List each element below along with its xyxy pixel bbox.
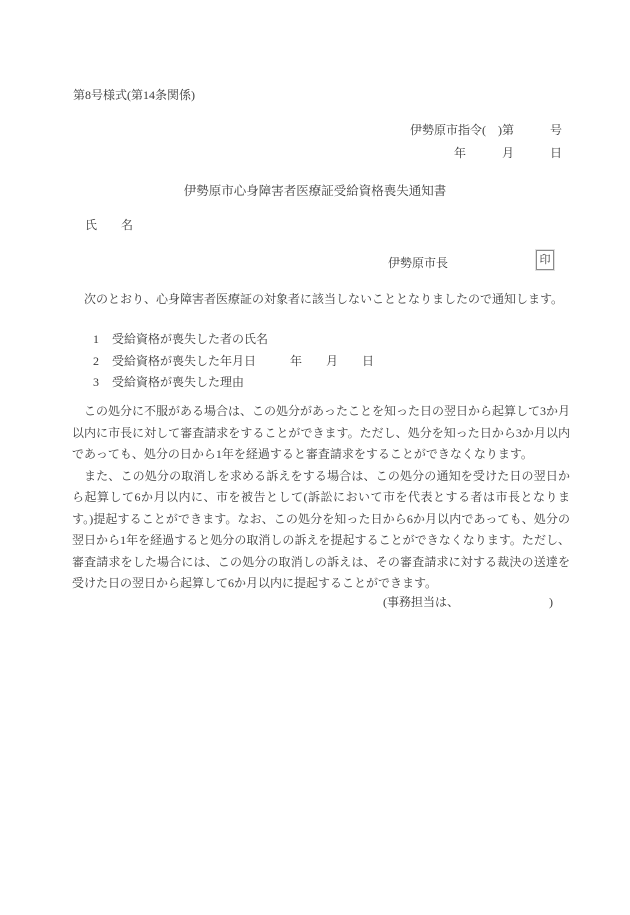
seal-placeholder: 印 <box>536 250 554 270</box>
intro-paragraph: 次のとおり、心身障害者医療証の対象者に該当しないこととなりましたので通知します。 <box>72 289 572 310</box>
document-title: 伊勢原市心身障害者医療証受給資格喪失通知書 <box>0 181 630 199</box>
document-page: 第8号様式(第14条関係) 伊勢原市指令( )第 号 年 月 日 伊勢原市心身障… <box>0 0 630 915</box>
item-text: 受給資格が喪失した者の氏名 <box>112 332 268 346</box>
form-number: 第8号様式(第14条関係) <box>73 86 195 103</box>
item-loss-date: 2受給資格が喪失した年月日年 月 日 <box>93 351 374 373</box>
item-date-fields: 年 月 日 <box>290 354 374 368</box>
item-number: 2 <box>93 351 99 373</box>
item-text: 受給資格が喪失した理由 <box>112 375 244 389</box>
appeal-paragraph-2: また、この処分の取消しを求める訴えをする場合は、この処分の通知を受けた日の翌日か… <box>72 466 570 595</box>
clerk-in-charge-note: (事務担当は、 ) <box>383 593 553 610</box>
recipient-name-label: 氏 名 <box>85 216 133 233</box>
appeal-paragraph-1: この処分に不服がある場合は、この処分があったことを知った日の翌日から起算して3か… <box>72 401 570 466</box>
item-number: 1 <box>93 329 99 351</box>
item-number: 3 <box>93 372 99 394</box>
item-recipient-name: 1受給資格が喪失した者の氏名 <box>93 329 374 351</box>
item-loss-reason: 3受給資格が喪失した理由 <box>93 372 374 394</box>
issue-date-line: 年 月 日 <box>454 144 562 161</box>
mayor-signature-label: 伊勢原市長 <box>388 254 448 271</box>
item-list: 1受給資格が喪失した者の氏名 2受給資格が喪失した年月日年 月 日 3受給資格が… <box>93 329 374 394</box>
directive-number-line: 伊勢原市指令( )第 号 <box>410 121 562 138</box>
item-text: 受給資格が喪失した年月日 <box>112 354 256 368</box>
appeal-information: この処分に不服がある場合は、この処分があったことを知った日の翌日から起算して3か… <box>72 401 570 595</box>
